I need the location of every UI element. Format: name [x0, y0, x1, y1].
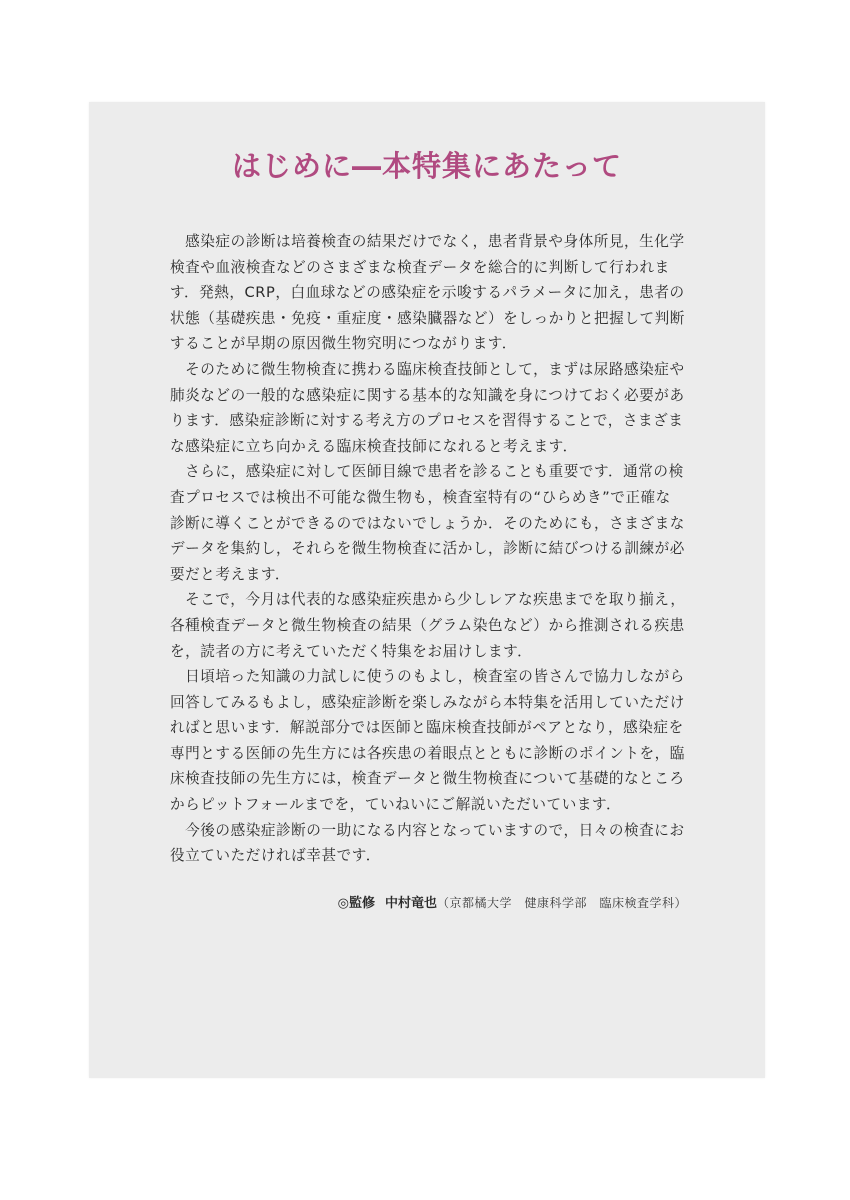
text-line: す．発熱，CRP，白血球などの感染症を示唆するパラメータに加え，患者の [170, 280, 700, 306]
text-line: 回答してみるもよし，感染症診断を楽しみながら本特集を活用していただけ [170, 690, 700, 716]
text-line: を，読者の方に考えていただく特集をお届けします． [170, 639, 700, 665]
text-line: 感染症の診断は培養検査の結果だけでなく，患者背景や身体所見，生化学 [170, 229, 700, 255]
text-line: 査プロセスでは検出不可能な微生物も，検査室特有の“ひらめき”で正確な [170, 485, 700, 511]
paragraph-5: 日頃培った知識の力試しに使うのもよし，検査室の皆さんで協力しながら 回答してみる… [170, 664, 700, 818]
supervisor-role: ◎監修 [338, 896, 375, 911]
text-line: することが早期の原因微生物究明につながります． [170, 331, 700, 357]
text-line: 肺炎などの一般的な感染症に関する基本的な知識を身につけておく必要があ [170, 383, 700, 409]
text-line: からピットフォールまでを，ていねいにご解説いただいています． [170, 792, 700, 818]
supervisor-signature: ◎監修中村竜也（京都橘大学 健康科学部 臨床検査学科） [338, 892, 687, 911]
text-line: 日頃培った知識の力試しに使うのもよし，検査室の皆さんで協力しながら [170, 664, 700, 690]
body-text: 感染症の診断は培養検査の結果だけでなく，患者背景や身体所見，生化学 検査や血液検… [170, 229, 700, 869]
text-line: さらに，感染症に対して医師目線で患者を診ることも重要です．通常の検 [170, 459, 700, 485]
text-line: 床検査技師の先生方には，検査データと微生物検査について基礎的なところ [170, 766, 700, 792]
text-line: 検査や血液検査などのさまざまな検査データを総合的に判断して行われま [170, 255, 700, 281]
paragraph-2: そのために微生物検査に携わる臨床検査技師として，まずは尿路感染症や 肺炎などの一… [170, 357, 700, 459]
paragraph-3: さらに，感染症に対して医師目線で患者を診ることも重要です．通常の検 査プロセスで… [170, 459, 700, 587]
paragraph-1: 感染症の診断は培養検査の結果だけでなく，患者背景や身体所見，生化学 検査や血液検… [170, 229, 700, 357]
supervisor-name: 中村竜也 [385, 896, 437, 911]
text-line: そのために微生物検査に携わる臨床検査技師として，まずは尿路感染症や [170, 357, 700, 383]
text-line: 役立ていただければ幸甚です． [170, 843, 700, 869]
text-line: ります．感染症診断に対する考え方のプロセスを習得することで，さまざま [170, 408, 700, 434]
text-line: ればと思います．解説部分では医師と臨床検査技師がペアとなり，感染症を [170, 715, 700, 741]
text-line: 状態（基礎疾患・免疫・重症度・感染臓器など）をしっかりと把握して判断 [170, 306, 700, 332]
paragraph-6: 今後の感染症診断の一助になる内容となっていますので，日々の検査にお 役立ていただ… [170, 818, 700, 869]
text-line: そこで，今月は代表的な感染症疾患から少しレアな疾患までを取り揃え， [170, 587, 700, 613]
supervisor-affiliation: （京都橘大学 健康科学部 臨床検査学科） [437, 896, 687, 910]
text-line: 診断に導くことができるのではないでしょうか．そのためにも，さまざまな [170, 511, 700, 537]
text-line: 各種検査データと微生物検査の結果（グラム染色など）から推測される疾患 [170, 613, 700, 639]
paragraph-4: そこで，今月は代表的な感染症疾患から少しレアな疾患までを取り揃え， 各種検査デー… [170, 587, 700, 664]
page-title: はじめに―本特集にあたって [89, 148, 765, 184]
text-line: 専門とする医師の先生方には各疾患の着眼点とともに診断のポイントを，臨 [170, 741, 700, 767]
text-line: 今後の感染症診断の一助になる内容となっていますので，日々の検査にお [170, 818, 700, 844]
text-line: な感染症に立ち向かえる臨床検査技師になれると考えます． [170, 434, 700, 460]
text-line: データを集約し，それらを微生物検査に活かし，診断に結びつける訓練が必 [170, 536, 700, 562]
text-line: 要だと考えます． [170, 562, 700, 588]
document-page: はじめに―本特集にあたって 感染症の診断は培養検査の結果だけでなく，患者背景や身… [89, 102, 765, 1078]
